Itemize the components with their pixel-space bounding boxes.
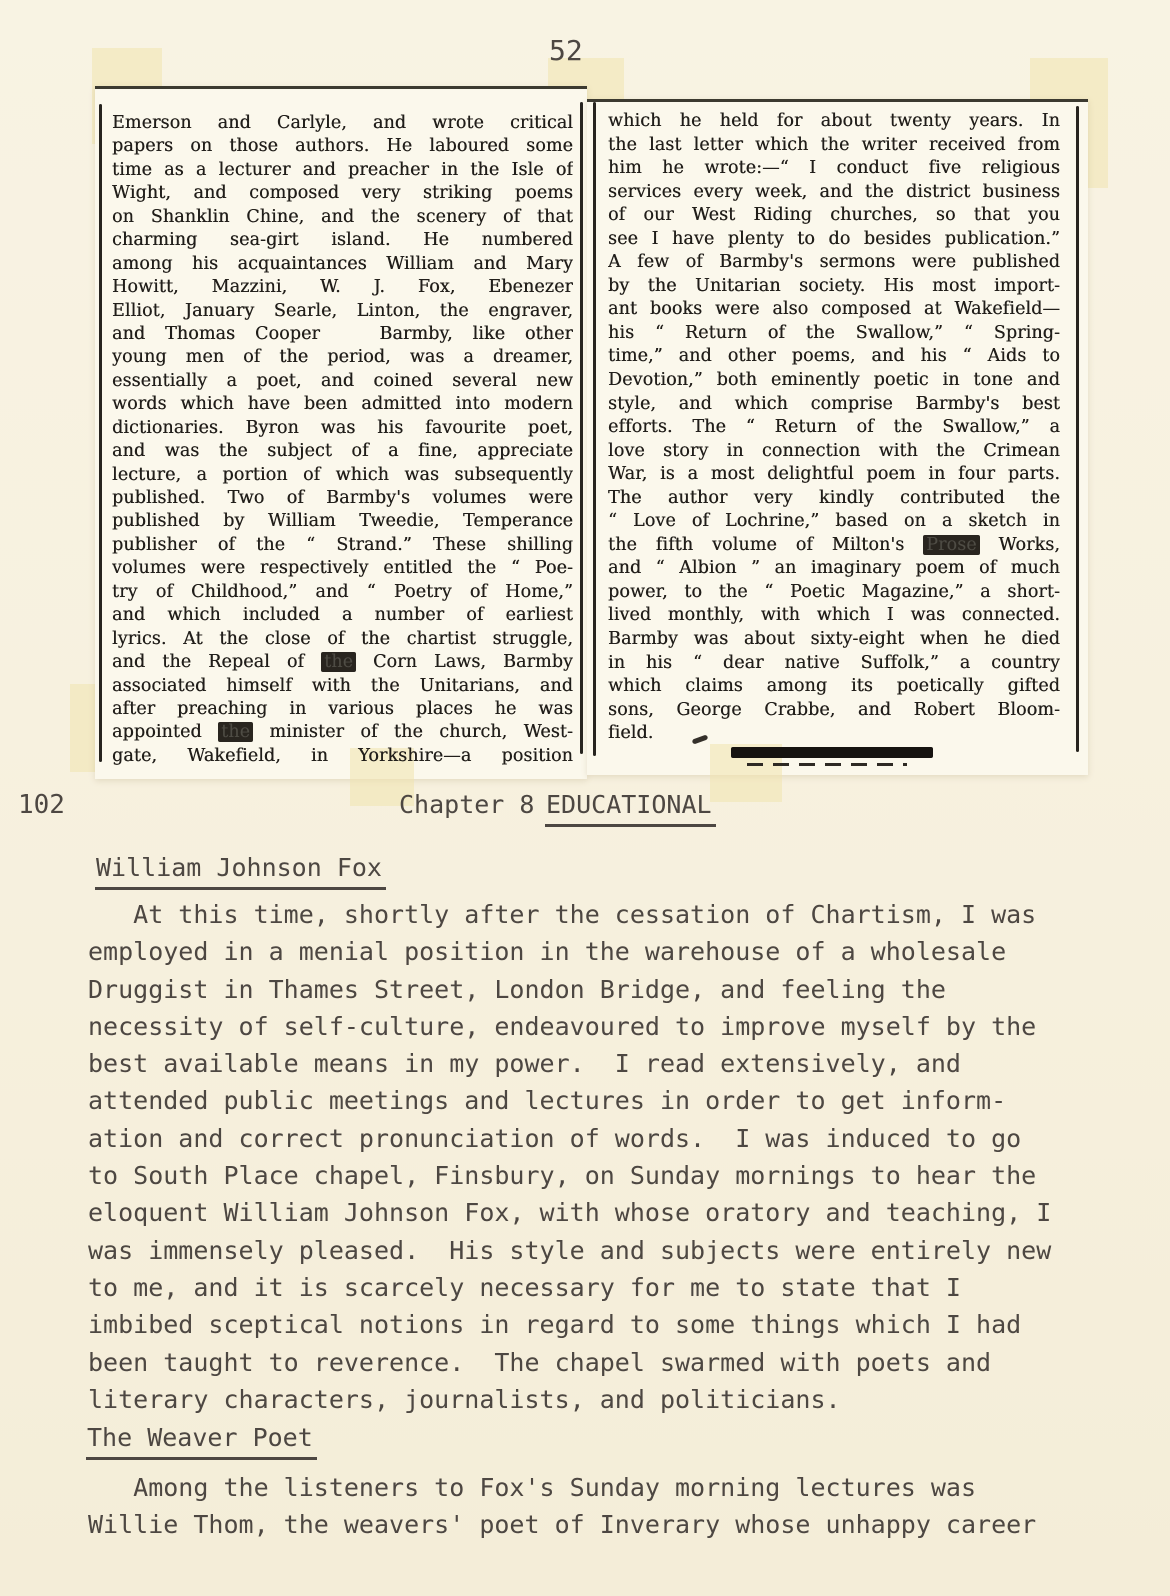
text-line: Emerson and Carlyle, and wrote critical [112,112,573,135]
text-line: which claims among its poetically gifted [608,675,1060,699]
text-line: “ Love of Lochrine,” based on a sketch i… [608,510,1060,534]
text-line: Druggist in Thames Street, London Bridge… [88,971,1051,1008]
text-line: The author very kindly contributed the [608,487,1060,511]
column-rule [593,102,596,756]
text-line: and which included a number of earliest [112,604,573,627]
text-line: ation and correct pronunciation of words… [88,1120,1051,1157]
paragraph-william-johnson-fox: At this time, shortly after the cessatio… [88,896,1051,1418]
text-line: on Shanklin Chine, and the scenery of th… [112,206,573,229]
text-line: sons, George Crabbe, and Robert Bloom- [608,699,1060,723]
text-line: employed in a menial position in the war… [88,933,1051,970]
ink-blot: the [218,722,253,742]
text-line: attended public meetings and lectures in… [88,1082,1051,1119]
text-line: and was the subject of a fine, appreciat… [112,440,573,463]
section-heading-william-johnson-fox: William Johnson Fox [95,853,386,890]
text-line: volumes were respectively entitled the “… [112,557,573,580]
text-line: been taught to reverence. The chapel swa… [88,1344,1051,1381]
text-line: time as a lecturer and preacher in the I… [112,159,573,182]
text-line: literary characters, journalists, and po… [88,1381,1051,1418]
text-line: Willie Thom, the weavers' poet of Invera… [88,1506,1036,1543]
text-line: Wight, and composed very striking poems [112,182,573,205]
text-line: his “ Return of the Swallow,” “ Spring- [608,322,1060,346]
text-line: among his acquaintances William and Mary [112,253,573,276]
section-heading-the-weaver-poet: The Weaver Poet [86,1423,317,1460]
text-line: the last letter which the writer receive… [608,134,1060,158]
text-line: Among the listeners to Fox's Sunday morn… [88,1469,1036,1506]
text-line: Elliot, January Searle, Linton, the engr… [112,300,573,323]
text-line: to South Place chapel, Finsbury, on Sund… [88,1157,1051,1194]
text-line: and “ Albion ” an imaginary poem of much [608,557,1060,581]
text-line: services every week, and the district bu… [608,181,1060,205]
text-line: eloquent William Johnson Fox, with whose… [88,1194,1051,1231]
text-line: in his “ dear native Suffolk,” a country [608,652,1060,676]
text-line: papers on those authors. He laboured som… [112,135,573,158]
text-line: essentially a poet, and coined several n… [112,370,573,393]
text-line: lecture, a portion of which was subseque… [112,464,573,487]
text-line: lyrics. At the close of the chartist str… [112,628,573,651]
page-number-left: 102 [18,790,65,820]
text-line: associated himself with the Unitarians, … [112,675,573,698]
text-line: see I have plenty to do besides publicat… [608,228,1060,252]
text-line: which he held for about twenty years. In [608,110,1060,134]
text-line: efforts. The “ Return of the Swallow,” a [608,416,1060,440]
text-line: dictionaries. Byron was his favourite po… [112,417,573,440]
text-line: style, and which comprise Barmby's best [608,393,1060,417]
chapter-number: Chapter 8 [399,790,534,819]
printed-separator-dashes [747,763,907,766]
text-line: the fifth volume of Milton's Prose Works… [608,534,1060,558]
text-line: words which have been admitted into mode… [112,393,573,416]
clipping-column-left: Emerson and Carlyle, and wrote criticalp… [112,112,573,768]
column-rule [580,102,583,754]
text-line: by the Unitarian society. His most impor… [608,275,1060,299]
text-line: Devotion,” both eminently poetic in tone… [608,369,1060,393]
text-line: appointed the minister of the church, We… [112,721,573,744]
text-line: publisher of the “ Strand.” These shilli… [112,534,573,557]
text-line: Barmby was about sixty-eight when he die… [608,628,1060,652]
text-line: of our West Riding churches, so that you [608,204,1060,228]
text-line: ant books were also composed at Wakefiel… [608,298,1060,322]
text-line: published by William Tweedie, Temperance [112,510,573,533]
text-line: charming sea-girt island. He numbered [112,229,573,252]
clipping-column-right: which he held for about twenty years. In… [608,110,1060,746]
column-rule [1076,106,1079,752]
text-line: and the Repeal of the Corn Laws, Barmby [112,651,573,674]
text-line: At this time, shortly after the cessatio… [88,896,1051,933]
text-line: field. [608,722,1060,746]
page-number-top: 52 [549,34,583,67]
text-line: Howitt, Mazzini, W. J. Fox, Ebenezer [112,276,573,299]
chapter-title: EDUCATIONAL [545,790,716,827]
text-line: A few of Barmby's sermons were published [608,251,1060,275]
text-line: imbibed sceptical notions in regard to s… [88,1306,1051,1343]
column-rule [99,104,102,762]
text-line: young men of the period, was a dreamer, [112,346,573,369]
text-line: love story in connection with the Crimea… [608,440,1060,464]
ink-blot: the [321,652,356,672]
text-line: after preaching in various places he was [112,698,573,721]
text-line: power, to the “ Poetic Magazine,” a shor… [608,581,1060,605]
text-line: published. Two of Barmby's volumes were [112,487,573,510]
scrapbook-page: 52 Emerson and Carlyle, and wrote critic… [0,0,1170,1596]
text-line: try of Childhood,” and “ Poetry of Home,… [112,581,573,604]
text-line: lived monthly, with which I was connecte… [608,604,1060,628]
text-line: was immensely pleased. His style and sub… [88,1232,1051,1269]
text-line: time,” and other poems, and his “ Aids t… [608,345,1060,369]
text-line: him he wrote:—“ I conduct five religious [608,157,1060,181]
text-line: necessity of self-culture, endeavoured t… [88,1008,1051,1045]
text-line: War, is a most delightful poem in four p… [608,463,1060,487]
text-line: gate, Wakefield, in Yorkshire—a position [112,745,573,768]
text-line: to me, and it is scarcely necessary for … [88,1269,1051,1306]
text-line: and Thomas Cooper Barmby, like other [112,323,573,346]
text-line: best available means in my power. I read… [88,1045,1051,1082]
paragraph-the-weaver-poet: Among the listeners to Fox's Sunday morn… [88,1469,1036,1544]
printed-separator-bar [731,747,933,758]
ink-blot: Prose [923,535,980,555]
